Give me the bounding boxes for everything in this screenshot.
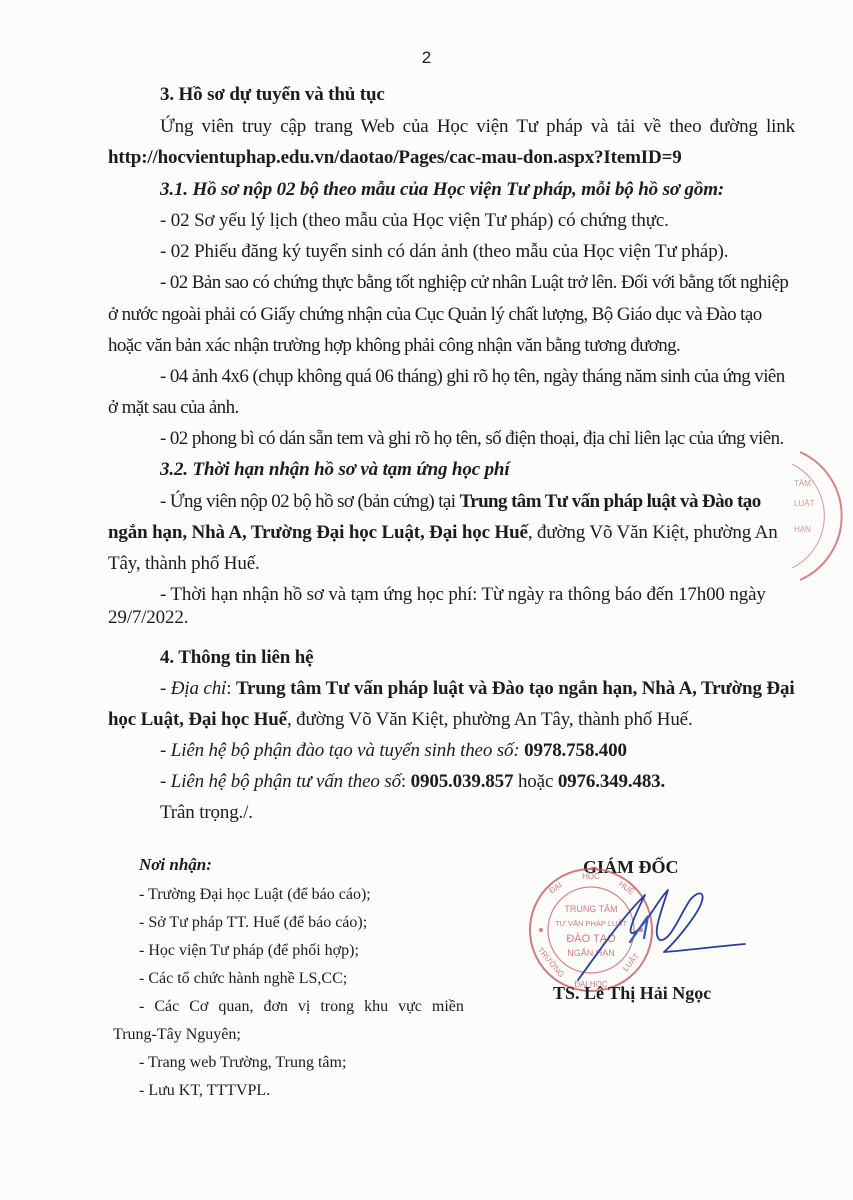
list-item-continuation: ở nước ngoài phải có Giấy chứng nhận của… xyxy=(108,304,762,326)
section-3-2-heading: 3.2. Thời hạn nhận hồ sơ và tạm ứng học … xyxy=(160,459,509,481)
recipient-item: - Trường Đại học Luật (để báo cáo); xyxy=(139,886,371,904)
list-item: - 04 ảnh 4x6 (chụp không quá 06 tháng) g… xyxy=(160,366,785,388)
signature-icon xyxy=(560,880,750,990)
recipient-item: - Các Cơ quan, đơn vị trong khu vực miền xyxy=(139,998,464,1016)
recipient-item: - Học viện Tư pháp (để phối hợp); xyxy=(139,942,359,960)
signer-name: TS. Lê Thị Hải Ngọc xyxy=(553,983,711,1004)
submission-line-2: ngắn hạn, Nhà A, Trường Đại học Luật, Đạ… xyxy=(108,522,778,544)
list-item: - 02 Bản sao có chứng thực bằng tốt nghi… xyxy=(160,272,788,294)
recipient-item: - Lưu KT, TTTVPL. xyxy=(139,1082,270,1100)
deadline-line-2: 29/7/2022. xyxy=(108,607,188,629)
page-number: 2 xyxy=(0,48,853,68)
svg-text:HẠN: HẠN xyxy=(794,525,811,534)
side-seal-icon: TÂM LUẬT HẠN xyxy=(790,446,853,586)
recipient-item-continuation: Trung-Tây Nguyên; xyxy=(113,1026,241,1044)
list-item-continuation: ở mặt sau của ảnh. xyxy=(108,397,239,419)
address-line-1: - Địa chỉ: Trung tâm Tư vấn pháp luật và… xyxy=(160,678,794,700)
list-item: - 02 Sơ yếu lý lịch (theo mẫu của Học vi… xyxy=(160,210,669,232)
training-contact: - Liên hệ bộ phận đào tạo và tuyển sinh … xyxy=(160,740,627,762)
address-line-2: học Luật, Đại học Huế, đường Võ Văn Kiệt… xyxy=(108,709,693,731)
download-link[interactable]: http://hocvientuphap.edu.vn/daotao/Pages… xyxy=(108,147,682,169)
svg-text:TÂM: TÂM xyxy=(794,479,811,488)
recipient-item: - Các tổ chức hành nghề LS,CC; xyxy=(139,970,347,988)
section-3-heading: 3. Hồ sơ dự tuyển và thủ tục xyxy=(160,84,385,106)
submission-line-3: Tây, thành phố Huế. xyxy=(108,553,260,575)
svg-text:LUẬT: LUẬT xyxy=(794,499,815,508)
list-item: - 02 Phiếu đăng ký tuyển sinh có dán ảnh… xyxy=(160,241,728,263)
recipients-heading: Nơi nhận: xyxy=(139,856,212,874)
recipient-item: - Sở Tư pháp TT. Huế (để báo cáo); xyxy=(139,914,367,932)
consult-contact: - Liên hệ bộ phận tư vấn theo số: 0905.0… xyxy=(160,771,665,793)
recipient-item: - Trang web Trường, Trung tâm; xyxy=(139,1054,346,1072)
section-4-heading: 4. Thông tin liên hệ xyxy=(160,647,313,669)
list-item: - 02 phong bì có dán sẵn tem và ghi rõ h… xyxy=(160,428,784,450)
deadline-line-1: - Thời hạn nhận hồ sơ và tạm ứng học phí… xyxy=(160,584,766,606)
closing: Trân trọng./. xyxy=(160,802,253,824)
section-3-1-heading: 3.1. Hồ sơ nộp 02 bộ theo mẫu của Học vi… xyxy=(160,179,724,201)
list-item-continuation: hoặc văn bản xác nhận trường hợp không p… xyxy=(108,335,680,357)
submission-line-1: - Ứng viên nộp 02 bộ hồ sơ (bản cứng) tạ… xyxy=(160,491,761,513)
section-3-intro: Ứng viên truy cập trang Web của Học viện… xyxy=(160,116,795,138)
